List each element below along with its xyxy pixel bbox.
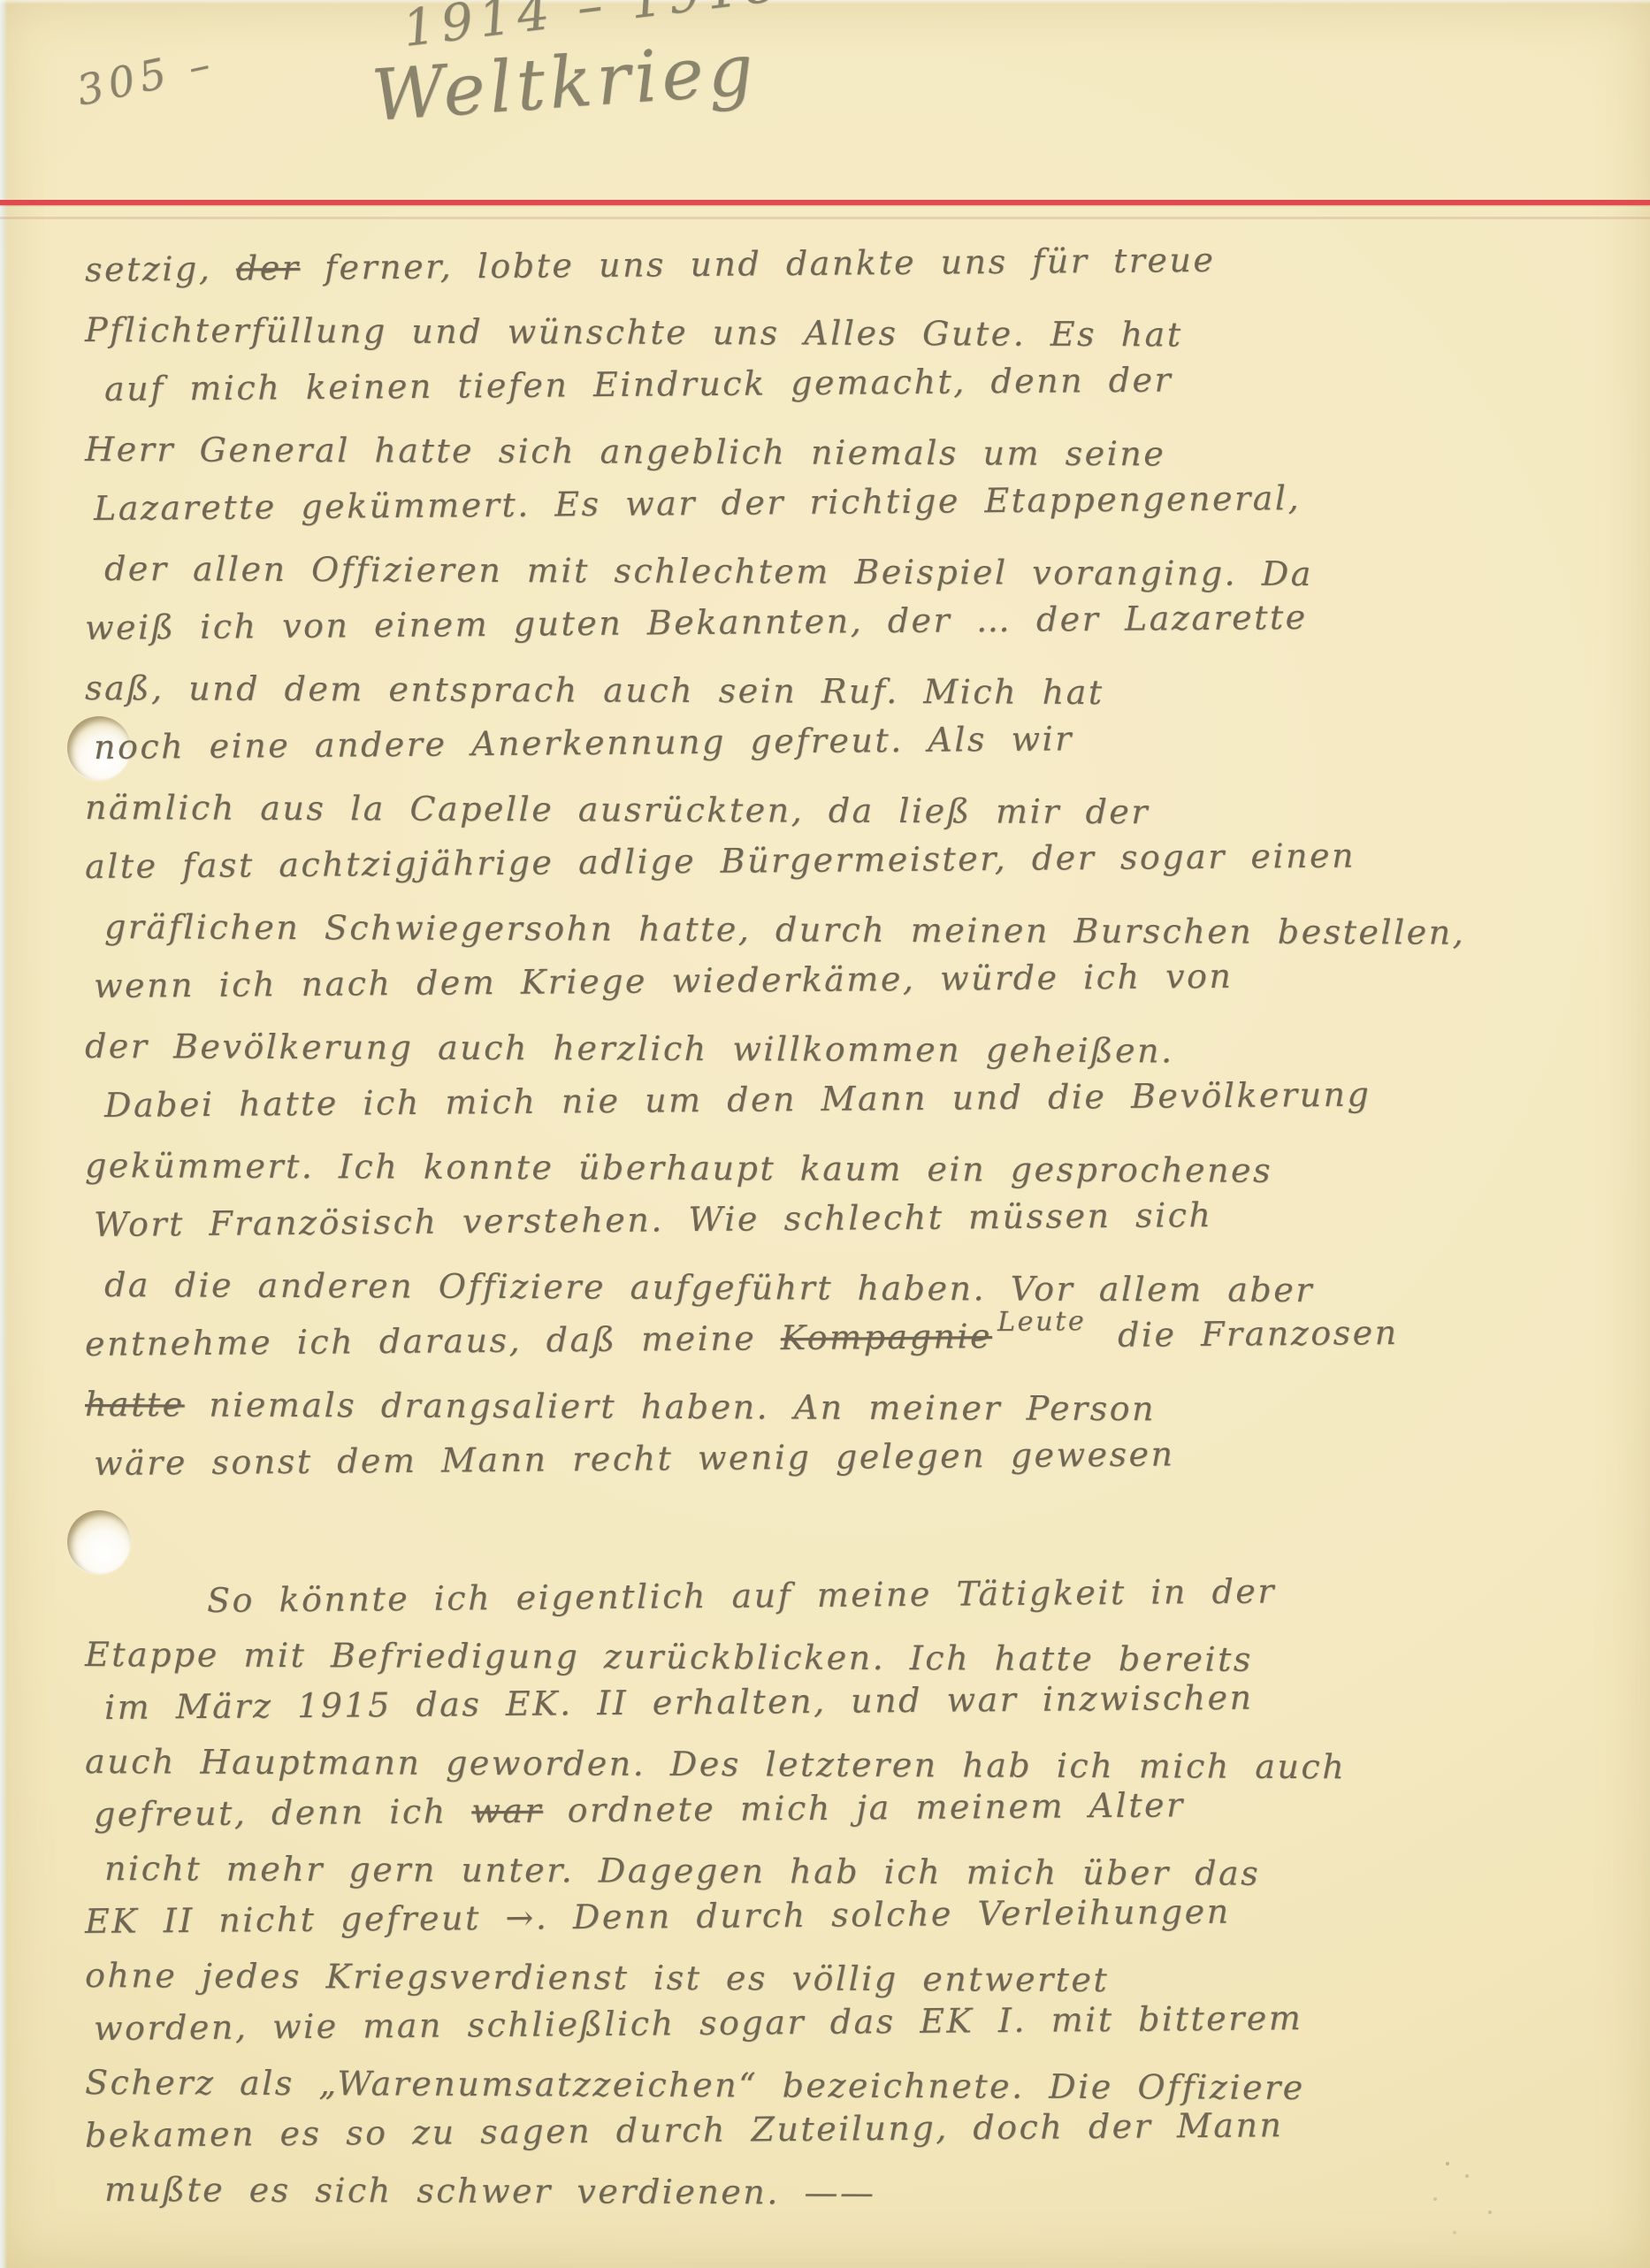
handwriting-text: gefreut, denn ich — [94, 1791, 472, 1834]
handwritten-line: setzig, der ferner, lobte uns und dankte… — [85, 227, 1642, 301]
handwritten-line: alte fast achtzigjährige adlige Bürgerme… — [85, 824, 1642, 897]
handwritten-line: wäre sonst dem Mann recht wenig gelegen … — [94, 1421, 1642, 1494]
crossed-out-word: war — [471, 1791, 543, 1831]
handwritten-line: mußte es sich schwer verdienen. —— — [104, 2163, 1641, 2223]
handwritten-line: Dabei hatte ich mich nie um den Mann und… — [104, 1063, 1642, 1136]
handwriting-text: ordnete mich ja meinem Alter — [543, 1785, 1185, 1829]
crossed-out-word: der — [236, 248, 301, 288]
handwriting-text: niemals drangsaliert haben. An meiner Pe… — [185, 1385, 1157, 1428]
page-number: 305 – — [73, 39, 219, 116]
handwritten-line: noch eine andere Anerkennung gefreut. Al… — [94, 705, 1642, 778]
handwritten-line: weiß ich von einem guten Bekannten, der … — [85, 585, 1642, 659]
red-margin-rule — [0, 200, 1650, 205]
paragraph-2: So könnte ich eigentlich auf meine Tätig… — [85, 1574, 1641, 2216]
handwritten-line: entnehme ich daraus, daß meine Kompagnie… — [85, 1302, 1642, 1375]
inserted-word: Leute — [997, 1292, 1087, 1352]
scan-edge-left — [0, 0, 7, 2268]
scan-edge-top — [0, 0, 1650, 4]
hole-punch-bottom — [67, 1510, 131, 1574]
crossed-out-word: hatte — [85, 1385, 185, 1424]
paragraph-1: setzig, der ferner, lobte uns und dankte… — [85, 241, 1641, 1494]
handwriting-text: setzig, — [85, 249, 236, 289]
handwriting-text: ferner, lobte uns und dankte uns für tre… — [300, 241, 1215, 287]
manuscript-page: 305 – 1914 – 1918 Weltkrieg setzig, der … — [0, 0, 1650, 2268]
faint-rule-shadow — [0, 217, 1650, 219]
handwritten-line: wenn ich nach dem Kriege wiederkäme, wür… — [94, 943, 1642, 1017]
handwriting-text: entnehme ich daraus, daß meine — [85, 1318, 781, 1363]
handwritten-line: Wort Französisch verstehen. Wie schlecht… — [94, 1182, 1642, 1256]
handwriting-text: die Franzosen — [1093, 1313, 1399, 1355]
handwritten-line: Lazarette gekümmert. Es war der richtige… — [94, 466, 1642, 539]
crossed-out-word: Kompagnie — [781, 1317, 993, 1357]
pencil-speckles — [1446, 2162, 1449, 2165]
handwritten-line: So könnte ich eigentlich auf meine Tätig… — [207, 1562, 1641, 1628]
handwritten-line: auf mich keinen tiefen Eindruck gemacht,… — [104, 347, 1642, 420]
